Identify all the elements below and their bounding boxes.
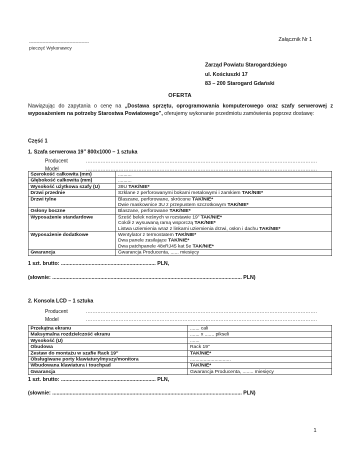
table-row: GwarancjaGwarancja Producenta, ...... mi… — [28, 249, 332, 255]
producent-row: Producent ..............................… — [45, 308, 318, 316]
producent-fill-line: ........................................… — [86, 308, 318, 316]
document-page: Załącznik Nr 1 -------------------------… — [0, 0, 360, 466]
spec-value: Gwarancja Producenta, ...... miesięcy — [116, 249, 332, 255]
spec-value-line: Blaszane, perforowane TAK/NIE* — [118, 208, 330, 214]
spec-label: Wyposażenie standardowe — [28, 214, 116, 232]
spec-value-line: Listwa uziemienia wraz z linkami uziemie… — [118, 226, 330, 232]
intro-pre: Nawiązując do zapytania o cenę na — [28, 103, 125, 109]
spec-label: Gwarancja — [28, 369, 188, 375]
price-line-1: 1 szt. brutto: .........................… — [28, 261, 351, 267]
spec-value: Wentylator z termostatem TAK/NIE*Dwa pan… — [116, 232, 332, 250]
price-line-2: 1 szt. brutto: .........................… — [28, 377, 351, 383]
table-row: Wyposażenie dodatkoweWentylator z termos… — [28, 232, 332, 250]
stamp-block: ----------------------------------------… — [29, 40, 93, 51]
spec-value-line: Gwarancja Producenta, ...... miesięcy — [118, 250, 330, 256]
spec-value: Blaszane, perforowane, skrócone TAK/NIE*… — [116, 196, 332, 208]
producent-model-block-2: Producent ..............................… — [45, 308, 318, 324]
spec-value: Sześć belek nośnych w rozstawie 19” TAK/… — [116, 214, 332, 232]
item-heading-1: 1. Szafa serwerowa 19” 800x1000 – 1 sztu… — [28, 149, 137, 155]
spec-value-line: Rack 19” — [190, 344, 330, 350]
spec-value-line: .......... — [118, 178, 330, 184]
offer-form: Załącznik Nr 1 -------------------------… — [0, 0, 360, 466]
page-number: 1 — [314, 428, 317, 434]
spec-value-line: ....... x ....... pikseli — [190, 332, 330, 338]
spec-value-line: ....... cali — [190, 326, 330, 332]
spec-value: Gwarancja Producenta, ........ miesięcy — [188, 369, 332, 375]
spec-value-line: Dwie maskownice 3U z przepustem szczotko… — [118, 202, 330, 208]
table-row: GwarancjaGwarancja Producenta, ........ … — [28, 369, 332, 375]
producent-label: Producent — [45, 158, 86, 166]
price-in-words-line-2: (słownie: ..............................… — [28, 390, 351, 396]
producent-label: Producent — [45, 308, 86, 316]
spec-value-line: Dwa patchpanele 48xRJ45 kat 5e TAK/NIE* — [118, 243, 330, 249]
recipient-line: Zarząd Powiatu Starogardzkiego — [205, 61, 287, 70]
spec-value-line: .............................. — [190, 357, 330, 363]
model-row: Model ..................................… — [45, 316, 318, 324]
model-fill-line: ........................................… — [86, 316, 318, 324]
model-label: Model — [45, 316, 86, 324]
intro-post: oferujemy wykonanie przedmiotu zamówieni… — [163, 110, 314, 116]
stamp-caption: pieczęć Wykonawcy — [29, 46, 93, 52]
spec-label: Wyposażenie dodatkowe — [28, 232, 116, 250]
intro-paragraph: Nawiązując do zapytania o cenę na „Dosta… — [28, 103, 333, 118]
spec-label: Gwarancja — [28, 249, 116, 255]
item-heading-2: 2. Konsola LCD – 1 sztuka — [28, 298, 93, 304]
recipient-line: 83 – 200 Starogard Gdański — [205, 79, 287, 88]
spec-table-lcd-console: Przekątna ekranu....... caliMaksymalna r… — [28, 325, 332, 375]
spec-value-line: TAK/NIE* — [190, 363, 330, 369]
offer-title: OFERTA — [0, 93, 360, 99]
recipient-line: ul. Kościuszki 17 — [205, 70, 287, 79]
producent-row: Producent ..............................… — [45, 158, 318, 166]
table-row: Drzwi tylneBlaszane, perforowane, skróco… — [28, 196, 332, 208]
spec-value-line: .......... — [118, 172, 330, 178]
spec-value-line: Gwarancja Producenta, ........ miesięcy — [190, 369, 330, 375]
producent-fill-line: ........................................… — [86, 158, 318, 166]
spec-label: Drzwi tylne — [28, 196, 116, 208]
spec-table-server-cabinet: Szerokość całkowita (mm)..........Głębok… — [28, 171, 332, 256]
spec-value-line: ....... — [190, 338, 330, 344]
recipient-address: Zarząd Powiatu Starogardzkiego ul. Kości… — [205, 61, 287, 89]
price-in-words-line-1: (słownie: ..............................… — [28, 275, 351, 281]
spec-value-line: Szklane z perforowanymi bokami metalowym… — [118, 190, 330, 196]
part-heading: Część 1 — [28, 138, 48, 144]
table-row: Wyposażenie standardoweSześć belek nośny… — [28, 214, 332, 232]
spec-value-line: TAK/NIE* — [190, 350, 330, 356]
spec-value-line: 39U TAK/NIE* — [118, 184, 330, 190]
